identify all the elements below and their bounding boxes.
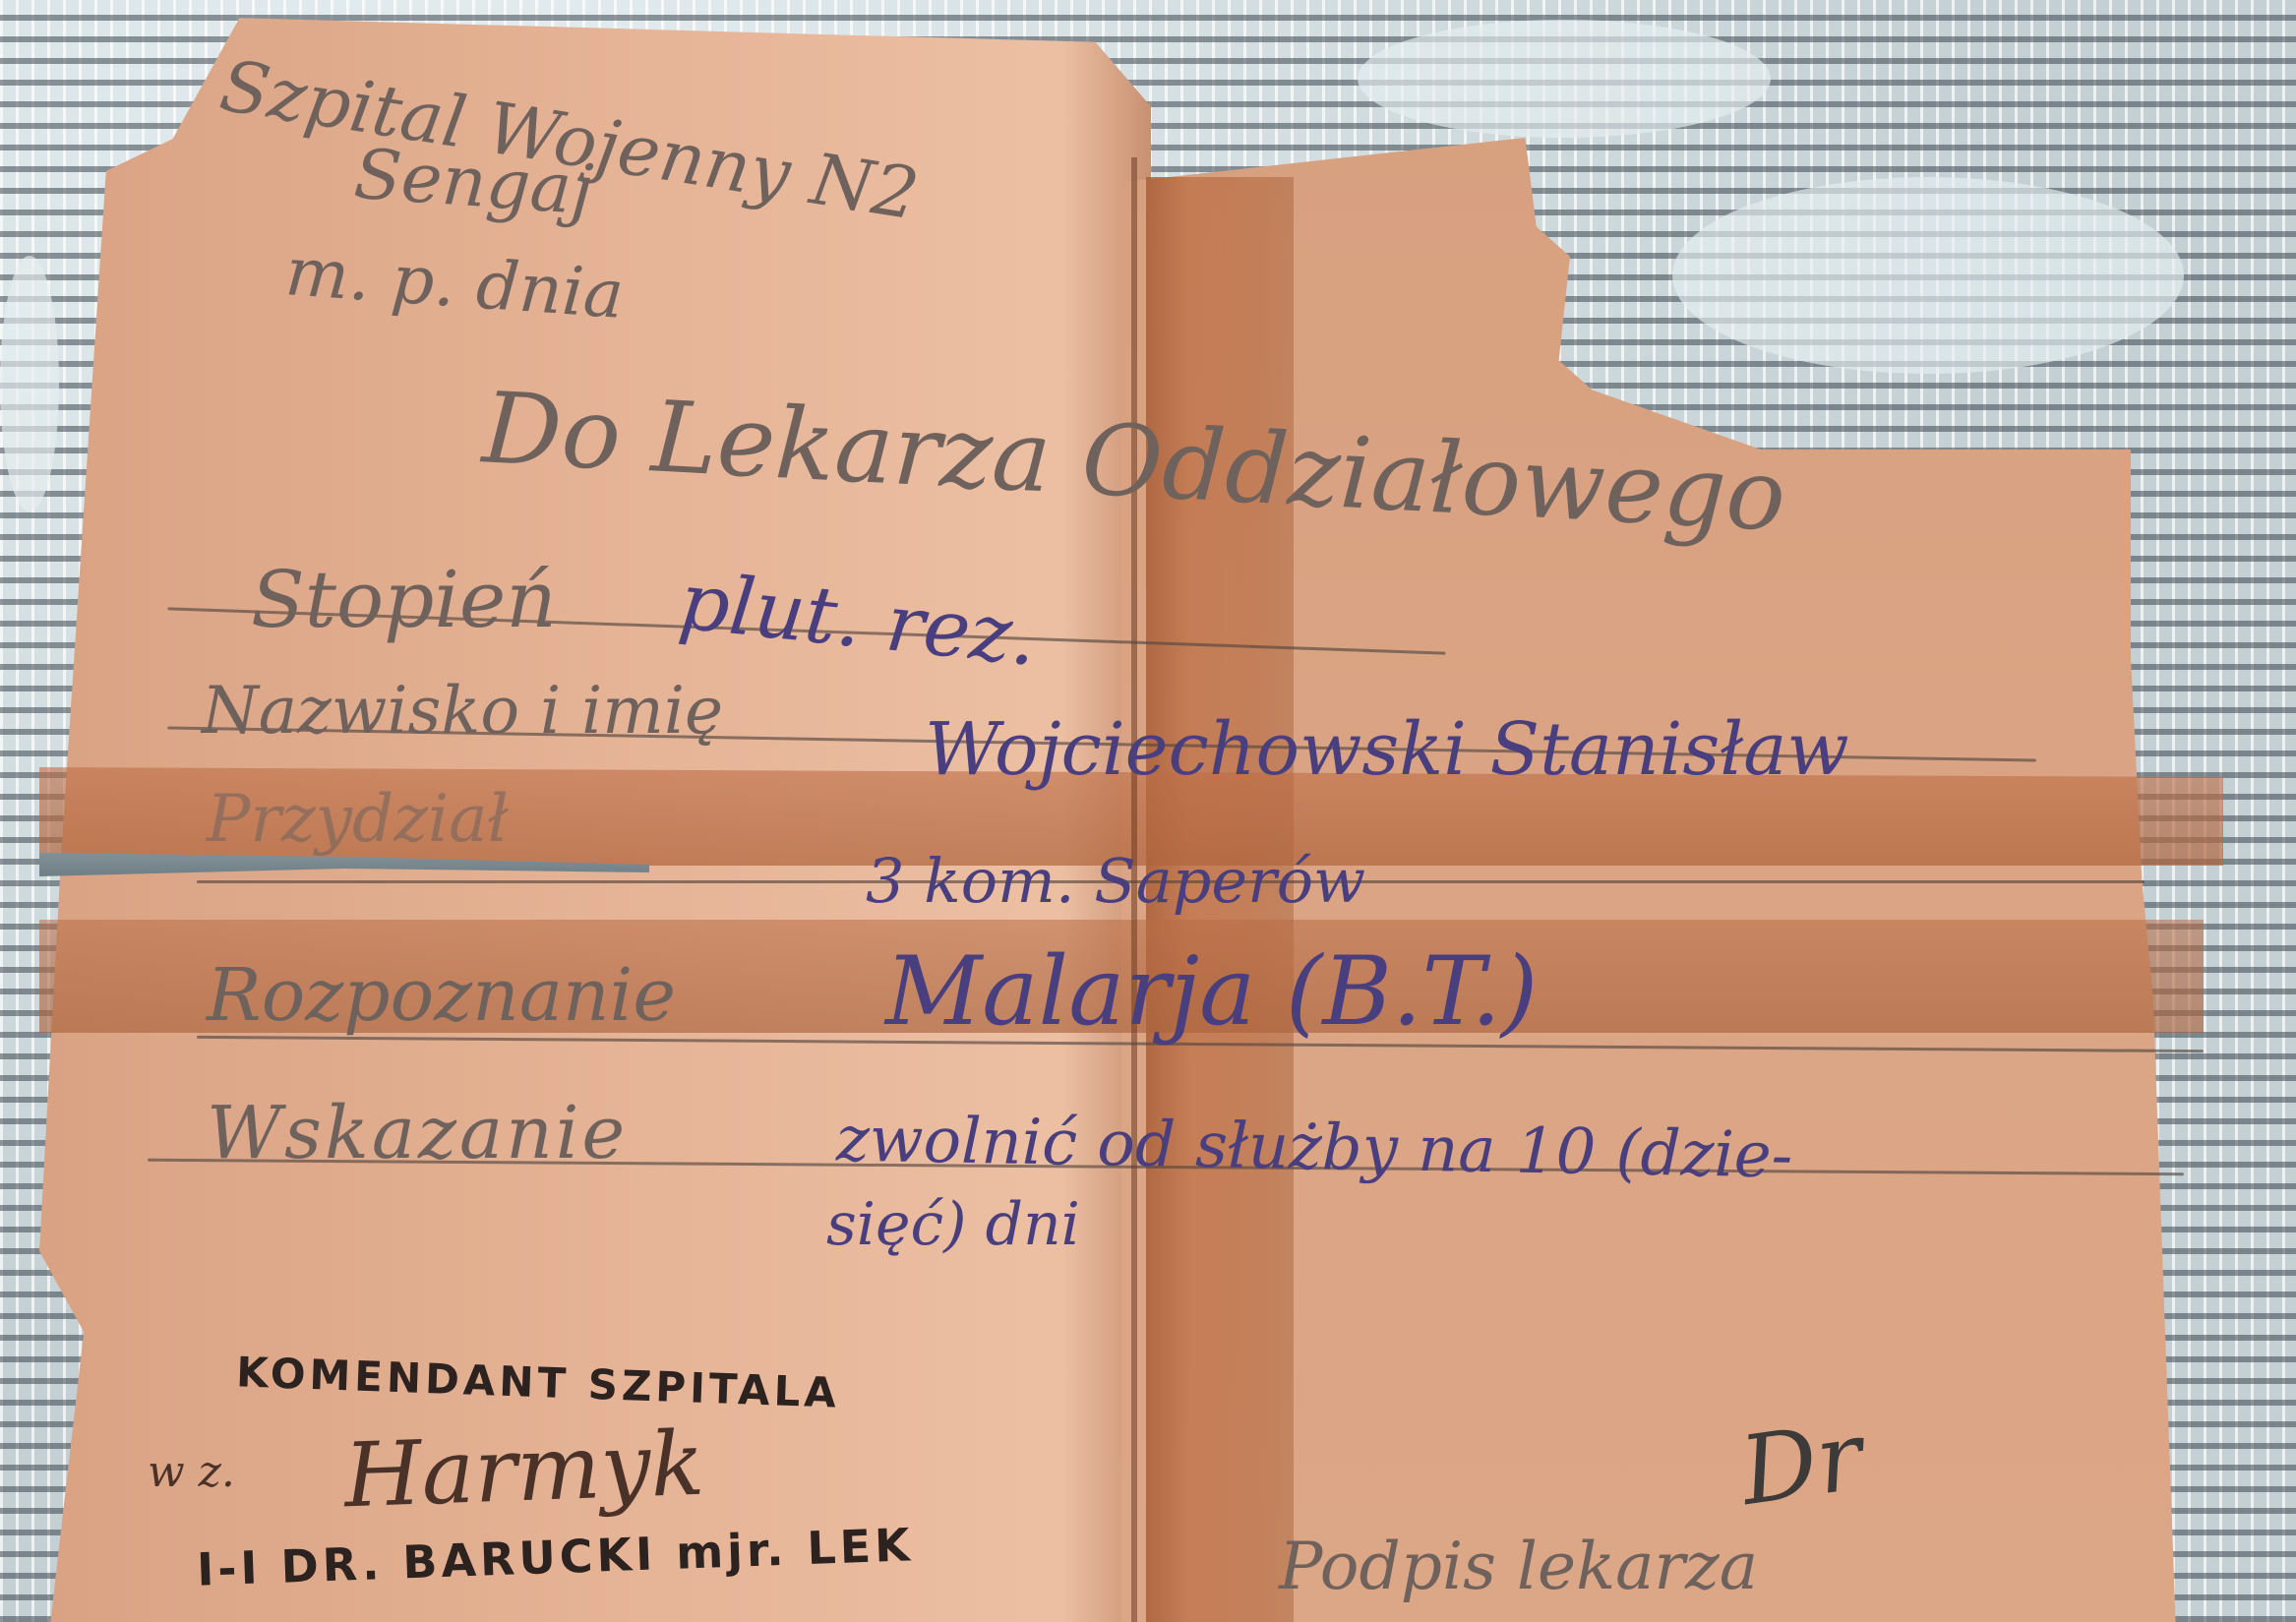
signature-prefix: w z.	[148, 1451, 235, 1494]
field-value-recommendation: zwolnić od służby na 10 (dzie-	[836, 1109, 1793, 1188]
lace-motif	[1358, 20, 1771, 138]
field-value-recommendation-cont: sięć) dni	[826, 1195, 1080, 1254]
doctor-signature-label: Podpis lekarza	[1279, 1534, 1758, 1599]
field-label-rank: Stopień	[251, 561, 557, 639]
field-label-name: Nazwisko i imię	[202, 679, 723, 744]
field-value-diagnosis: Malarja (B.T.)	[885, 944, 1538, 1039]
lace-motif	[0, 256, 59, 511]
hospital-location: Sengaj	[352, 140, 595, 225]
doctor-signature: Dr	[1735, 1409, 1868, 1519]
field-value-unit: 3 kom. Saperów	[866, 851, 1365, 912]
field-value-name: Wojciechowski Stanisław	[925, 713, 1849, 786]
field-label-recommendation: Wskazanie	[207, 1097, 628, 1170]
lace-motif	[1672, 177, 2184, 374]
field-label-diagnosis: Rozpoznanie	[207, 959, 676, 1032]
field-label-unit: Przydział	[207, 787, 509, 852]
commandant-signature: Harmyk	[343, 1420, 706, 1522]
